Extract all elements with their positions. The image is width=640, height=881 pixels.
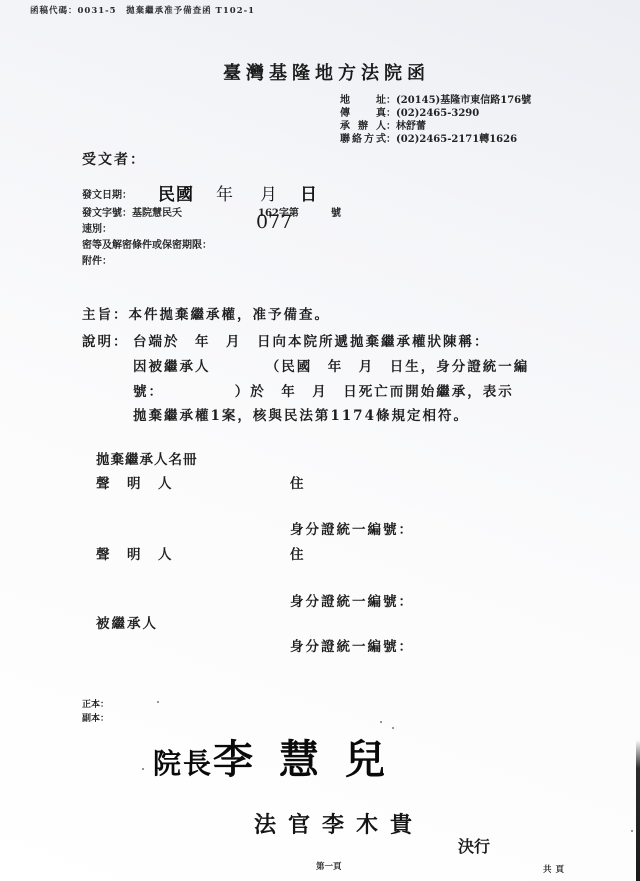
page-number: 第一頁 <box>316 860 342 872</box>
issue-date-month: 月 <box>260 180 278 205</box>
scan-edge-shadow <box>636 740 640 881</box>
issue-number-label: 發文字號： <box>82 208 132 219</box>
form-code-header: 函稿代碼：0031-5 拋棄繼承准予備查函 T102-1 <box>30 4 255 16</box>
attachment-label: 附件： <box>82 252 112 267</box>
judge-signature: 法官李木貴 <box>254 808 424 839</box>
decedent-role: 被繼承人 <box>96 612 158 632</box>
issue-date-year: 年 <box>216 180 234 205</box>
document-title: 臺灣基隆地方法院函 <box>223 59 430 85</box>
contact-phone: 聯絡方式：(02)2465-2171轉1626 <box>340 133 531 146</box>
president-name: 李 慧 兒 <box>213 736 391 783</box>
subject-row: 主旨：本件拋棄繼承權，准予備查。 <box>82 303 330 323</box>
confidentiality-label: 密等及解密條件或保密期限： <box>82 236 212 251</box>
total-pages: 共頁 <box>543 863 568 875</box>
issue-date-era: 民國 <box>158 180 194 205</box>
scan-speck <box>631 830 633 832</box>
issue-number-value: 基院慧民夭 <box>132 208 182 219</box>
recipient-label: 受文者： <box>82 149 146 169</box>
explanation-line-1: 台端於 年 月 日向本院所遞拋棄繼承權狀陳稱： <box>133 330 490 350</box>
declarant-2-role: 聲 明 人 <box>96 543 174 563</box>
decedent-id-label: 身分證統一編號： <box>290 635 414 655</box>
scan-speck <box>380 721 382 723</box>
explanation-label: 說明： <box>82 330 129 350</box>
original-label: 正本： <box>82 697 109 710</box>
delivery-label: 速別： <box>82 220 112 235</box>
declarant-1-address-label: 住 <box>290 472 306 492</box>
issue-date-day: 日 <box>300 180 318 205</box>
explanation-line-3: 號： ）於 年 月 日死亡而開始繼承，表示 <box>133 380 514 400</box>
contact-officer: 承辦人：林舒蕾 <box>340 120 531 133</box>
scan-speck <box>392 727 394 729</box>
president-title: 院長 <box>153 747 213 780</box>
declarant-2-address-label: 住 <box>290 543 306 563</box>
contact-block: 地址：(20145)基隆市東信路176號 傳真：(02)2465-3290 承辦… <box>340 94 531 146</box>
president-signature: 院長李 慧 兒 <box>153 728 391 785</box>
subject-text: 本件拋棄繼承權，准予備查。 <box>129 307 331 323</box>
explanation-line-2: 因被繼承人 （民國 年 月 日生，身分證統一編 <box>133 355 529 375</box>
issue-date-label: 發文日期： <box>82 186 132 201</box>
copy-label: 副本： <box>82 711 109 724</box>
explanation-line-4: 拋棄繼承權1案，核與民法第1174條規定相符。 <box>133 404 469 424</box>
heirs-list-title: 拋棄繼承人名冊 <box>96 448 198 468</box>
declarant-1-role: 聲 明 人 <box>96 472 174 492</box>
issue-number-row: 發文字號：基院慧民夭 <box>82 204 182 219</box>
subject-label: 主旨： <box>82 307 129 323</box>
contact-fax: 傳真：(02)2465-3290 <box>340 107 531 120</box>
issue-number-suffix: 號 <box>331 204 341 219</box>
contact-address: 地址：(20145)基隆市東信路176號 <box>340 94 531 107</box>
scan-speck <box>142 768 144 770</box>
decided-label: 決行 <box>458 834 490 857</box>
scan-speck <box>157 701 159 703</box>
declarant-1-id-label: 身分證統一編號： <box>290 518 414 538</box>
handwritten-number: 077 <box>256 211 292 233</box>
declarant-2-id-label: 身分證統一編號： <box>290 590 414 610</box>
